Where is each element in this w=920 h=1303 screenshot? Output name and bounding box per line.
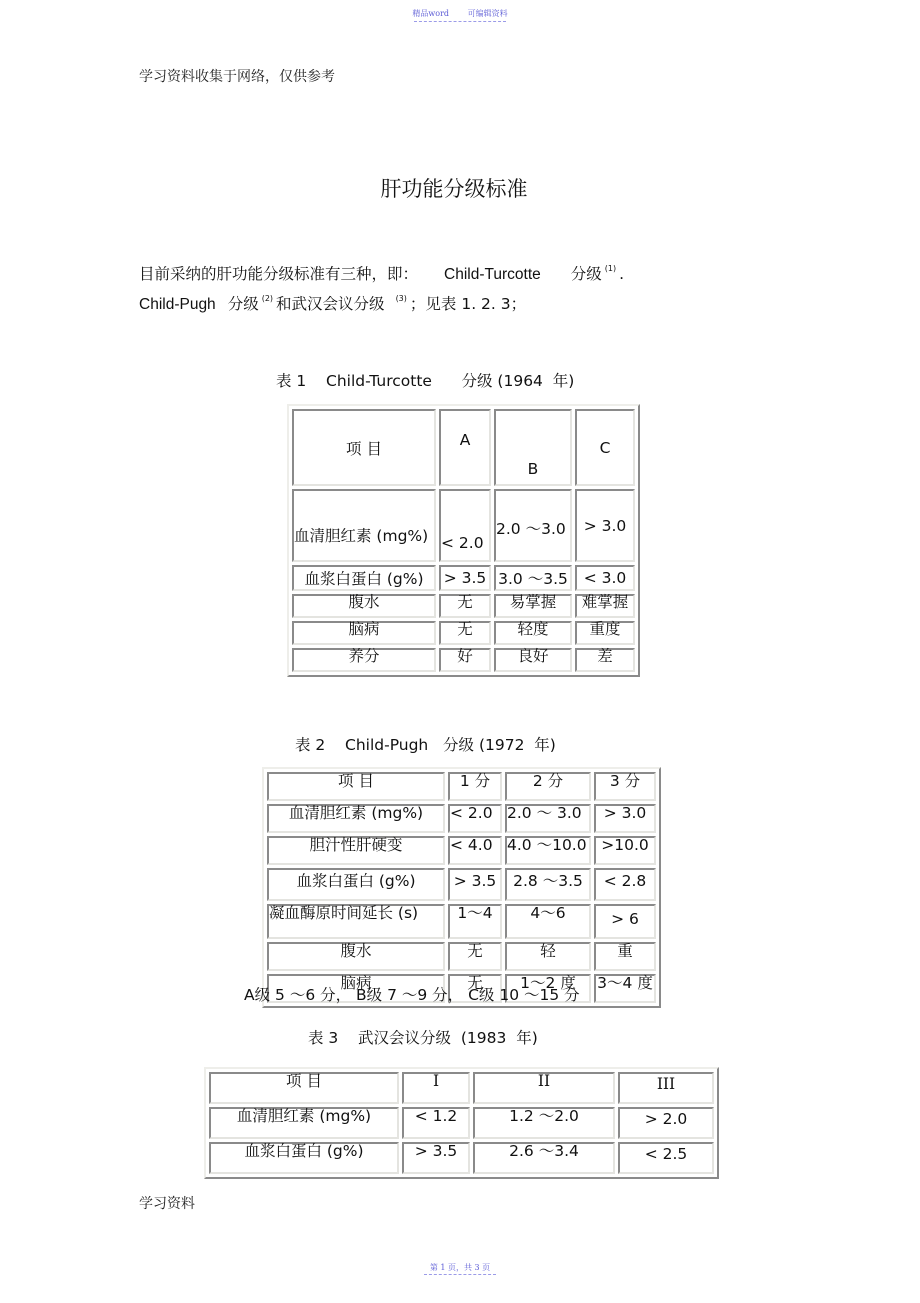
intro-line-1: 目前采纳的肝功能分级标准有三种，即：Child-Turcotte分级(1). [139, 257, 779, 287]
footer-divider [424, 1274, 496, 1275]
intro-paragraph: 目前采纳的肝功能分级标准有三种，即：Child-Turcotte分级(1). C… [139, 257, 779, 317]
table-row: 血清胆红素 (mg%) < 2.0 2.0 ～3.0 > 3.0 [292, 489, 635, 562]
table-row: 腹水 无 轻 重 [267, 942, 656, 971]
table-row: 血清胆红素 (mg%) < 1.2 1.2 ～2.0 > 2.0 [209, 1107, 714, 1139]
header-cell: C [575, 409, 635, 486]
header-right: 可编辑资料 [468, 9, 508, 18]
header-cell: 项 目 [292, 409, 436, 486]
table-header-row: 项 目 1 分 2 分 3 分 [267, 772, 656, 801]
header-left: 精品word [412, 9, 449, 18]
table-row: 血浆白蛋白 (g%) > 3.5 3.0 ～3.5 < 3.0 [292, 565, 635, 591]
top-note: 学习资料收集于网络，仅供参考 [139, 66, 335, 86]
table-row: 腹水 无 易掌握 难掌握 [292, 594, 635, 618]
table-row: 养分 好 良好 差 [292, 648, 635, 672]
table-row: 胆汁性肝硬变 < 4.0 4.0 ～10.0 >10.0 [267, 836, 656, 865]
table-row: 血清胆红素 (mg%) < 2.0 2.0 ～ 3.0 > 3.0 [267, 804, 656, 833]
grade-scoring-note: A级 5 ～6 分， B级 7 ～9 分， C级 10 ～15 分 [244, 983, 580, 1005]
table-row: 脑病 无 轻度 重度 [292, 621, 635, 645]
page-header: 精品word 可编辑资料 [0, 8, 920, 19]
header-cell: B [494, 409, 572, 486]
reference-2: (2) [262, 294, 273, 303]
table2-caption: 表 2 Child-Pugh 分级 (1972 年) [295, 733, 556, 755]
table-header-row: 项 目 A B C [292, 409, 635, 486]
table-row: 血浆白蛋白 (g%) > 3.5 2.8 ～3.5 < 2.8 [267, 868, 656, 901]
table-header-row: 项 目 I II III [209, 1072, 714, 1104]
intro-line-2: Child-Pugh分级(2)和武汉会议分级(3)；见表 1. 2. 3； [139, 287, 779, 317]
table-row: 血浆白蛋白 (g%) > 3.5 2.6 ～3.4 < 2.5 [209, 1142, 714, 1174]
table1-child-turcotte: 项 目 A B C 血清胆红素 (mg%) < 2.0 2.0 ～3.0 > 3… [287, 404, 640, 677]
table2-child-pugh: 项 目 1 分 2 分 3 分 血清胆红素 (mg%) < 2.0 2.0 ～ … [262, 767, 661, 1008]
table3-wuhan-conference: 项 目 I II III 血清胆红素 (mg%) < 1.2 1.2 ～2.0 … [204, 1067, 719, 1179]
document-title: 肝功能分级标准 [0, 173, 920, 203]
reference-3: (3) [396, 294, 407, 303]
reference-1: (1) [605, 264, 616, 273]
page-footer: 第 1 页，共 3 页 [0, 1262, 920, 1273]
table1-caption: 表 1 Child-Turcotte 分级 (1964 年) [276, 369, 574, 391]
bottom-note: 学习资料 [139, 1193, 195, 1213]
header-cell: A [439, 409, 491, 486]
table-row: 凝血酶原时间延长 (s) 1～4 4～6 > 6 [267, 904, 656, 939]
table3-caption: 表 3 武汉会议分级 (1983 年) [308, 1026, 538, 1048]
header-divider [414, 21, 506, 22]
